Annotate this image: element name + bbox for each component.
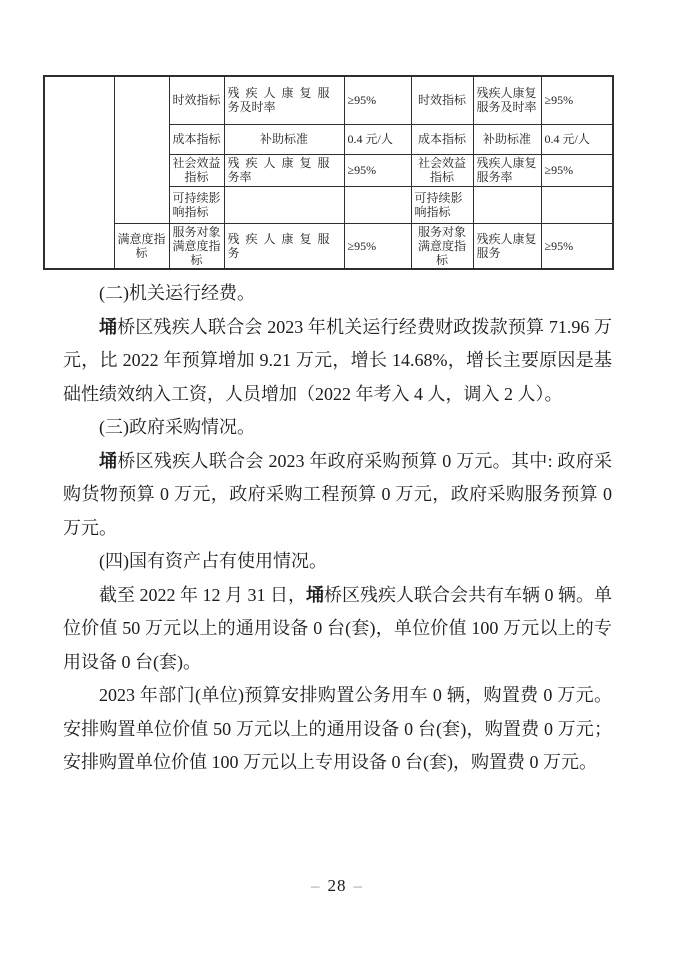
table-row: 满意度指 标 服务对象 满意度指 标 残疾人康复服 务 ≥95% 服务对象 满意… [44, 223, 613, 269]
table-cell-indicator-type: 时效指标 [169, 76, 224, 124]
table-row: 时效指标 残疾人康复服 务及时率 ≥95% 时效指标 残疾人康复 服务及时率 ≥… [44, 76, 613, 124]
section-heading: (四)国有资产占有使用情况。 [63, 545, 612, 579]
paragraph: 截至 2022 年 12 月 31 日，埇桥区残疾人联合会共有车辆 0 辆。单位… [63, 579, 612, 680]
table-cell-empty [224, 186, 344, 223]
table-cell-indicator-value: ≥95% [344, 223, 411, 269]
table-cell-indicator-value: ≥95% [344, 76, 411, 124]
table-cell-indicator-value: ≥95% [541, 76, 613, 124]
table-cell-indicator-value: ≥95% [541, 223, 613, 269]
paragraph: 埇桥区残疾人联合会 2023 年政府采购预算 0 万元。其中: 政府采购货物预算… [63, 445, 612, 546]
table-cell-empty [541, 186, 613, 223]
table-cell-indicator-name: 残疾人康复服 务 [224, 223, 344, 269]
document-body: (二)机关运行经费。 埇桥区残疾人联合会 2023 年机关运行经费财政拨款预算 … [63, 277, 612, 780]
table-cell-indicator-type: 社会效益 指标 [411, 154, 473, 186]
table-cell-indicator-type: 服务对象 满意度指 标 [169, 223, 224, 269]
table-cell-merged-empty [44, 76, 114, 269]
performance-indicators-table: 时效指标 残疾人康复服 务及时率 ≥95% 时效指标 残疾人康复 服务及时率 ≥… [43, 75, 614, 270]
footer-dash-left: – [304, 876, 328, 895]
table-cell-indicator-value: ≥95% [541, 154, 613, 186]
paragraph: 埇桥区残疾人联合会 2023 年机关运行经费财政拨款预算 71.96 万元，比 … [63, 311, 612, 412]
table-cell-indicator-name: 残疾人康复 服务 [473, 223, 541, 269]
table-cell-indicator-value: ≥95% [344, 154, 411, 186]
table-cell-indicator-name: 残疾人康复服 务及时率 [224, 76, 344, 124]
table-cell-merged-empty [114, 76, 169, 223]
footer-dash-right: – [347, 876, 371, 895]
table-cell-indicator-name: 残疾人康复 服务率 [473, 154, 541, 186]
document-page: 时效指标 残疾人康复服 务及时率 ≥95% 时效指标 残疾人康复 服务及时率 ≥… [0, 0, 674, 954]
table-cell-indicator-type: 服务对象 满意度指 标 [411, 223, 473, 269]
table-cell-indicator-name: 残疾人康复 服务及时率 [473, 76, 541, 124]
table-cell-indicator-name: 补助标准 [473, 124, 541, 154]
table-cell-empty [344, 186, 411, 223]
table-cell-indicator-type: 成本指标 [411, 124, 473, 154]
table-cell-indicator-type: 时效指标 [411, 76, 473, 124]
table-cell-indicator-value: 0.4 元/人 [541, 124, 613, 154]
table-cell-empty [473, 186, 541, 223]
paragraph: 2023 年部门(单位)预算安排购置公务用车 0 辆，购置费 0 万元。安排购置… [63, 679, 612, 780]
page-footer: –28– [0, 876, 674, 896]
table-cell-indicator-name: 残疾人康复服 务率 [224, 154, 344, 186]
table-cell-indicator-value: 0.4 元/人 [344, 124, 411, 154]
table-cell-indicator-type: 可持续影 响指标 [169, 186, 224, 223]
table-cell-indicator-category: 满意度指 标 [114, 223, 169, 269]
table-cell-indicator-type: 可持续影 响指标 [411, 186, 473, 223]
page-number: 28 [328, 876, 347, 895]
section-heading: (二)机关运行经费。 [63, 277, 612, 311]
table-cell-indicator-name: 补助标准 [224, 124, 344, 154]
table-cell-indicator-type: 社会效益 指标 [169, 154, 224, 186]
table-cell-indicator-type: 成本指标 [169, 124, 224, 154]
section-heading: (三)政府采购情况。 [63, 411, 612, 445]
